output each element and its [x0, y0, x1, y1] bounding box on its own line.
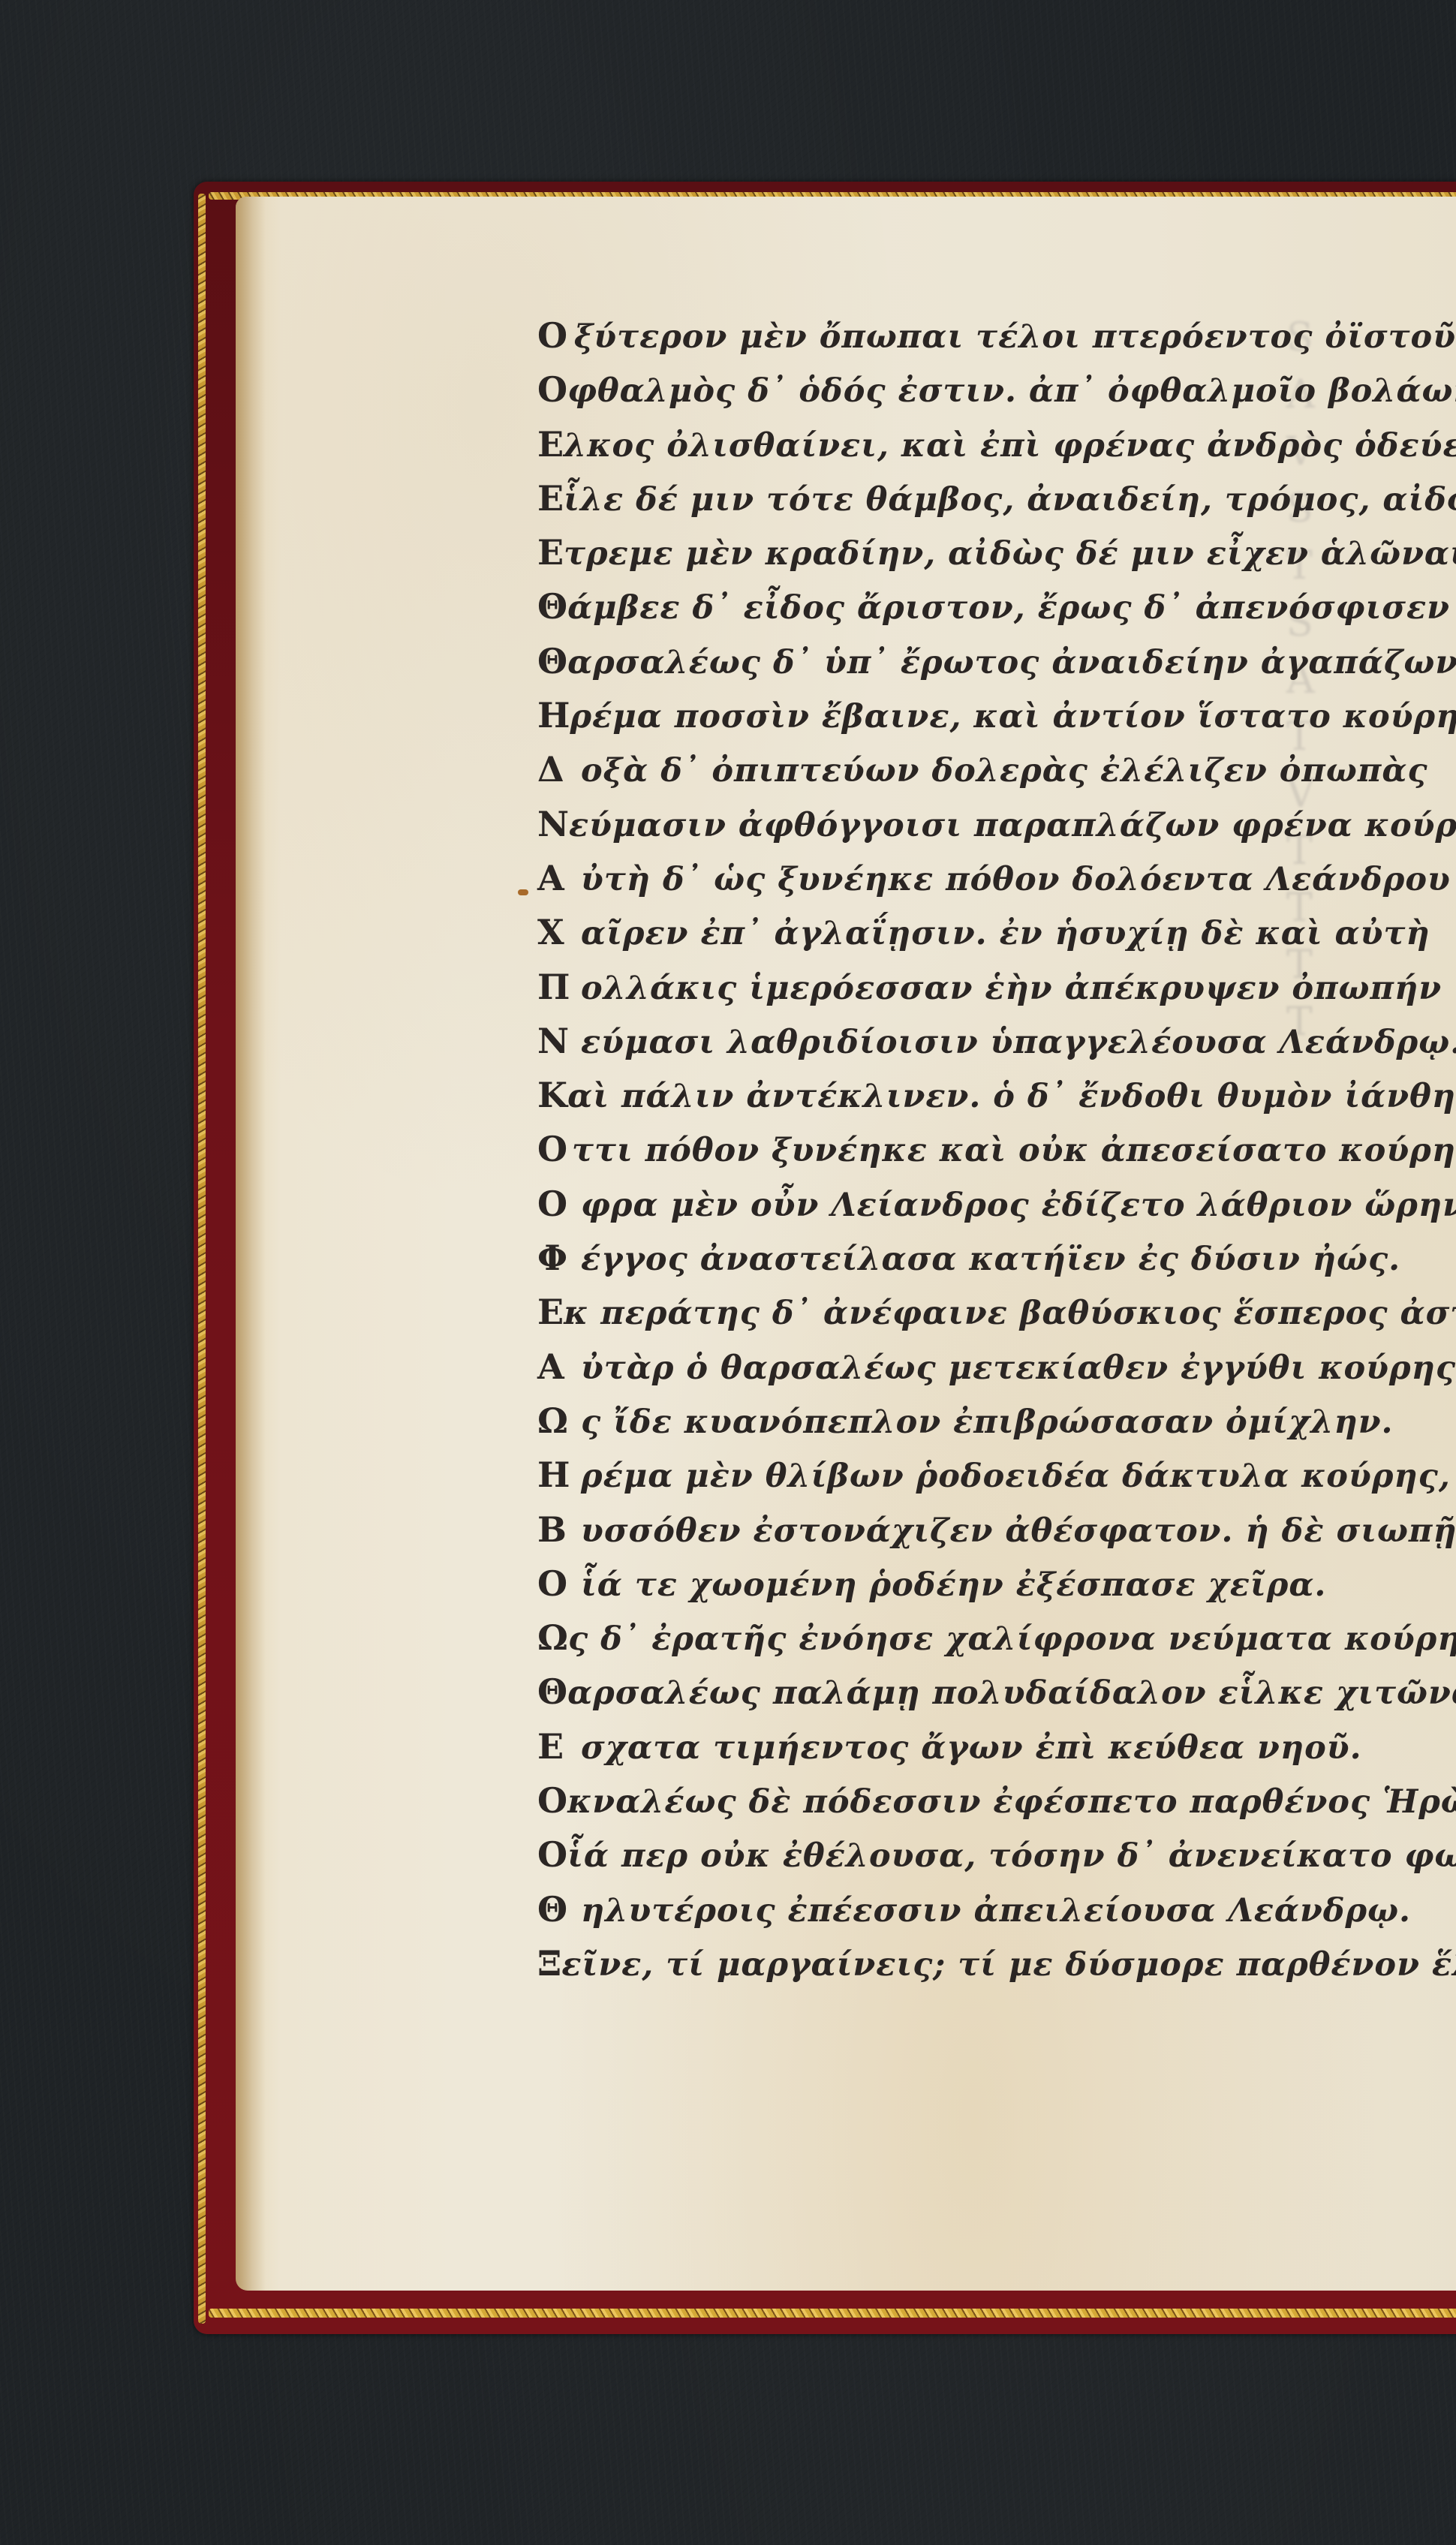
verse-initial-capital: Θ: [537, 1889, 581, 1930]
verse-line: Νεύμασιν ἀφθόγγοισι παραπλάζων φρένα κού…: [537, 804, 1456, 858]
verse-initial-capital: Ο: [537, 1780, 567, 1821]
verse-text: ολλάκις ἱμερόεσσαν ἑὴν ἀπέκρυψεν ὀπωπήν: [581, 970, 1442, 1007]
verse-line: Αὐτὰρ ὁ θαρσαλέως μετεκίαθεν ἐγγύθι κούρ…: [537, 1346, 1456, 1400]
verse-line: Οττι πόθον ξυνέηκε καὶ οὐκ ἀπεσείσατο κο…: [537, 1129, 1456, 1183]
verse-text: φρα μὲν οὖν Λείανδρος ἐδίζετο λάθριον ὥρ…: [581, 1187, 1456, 1224]
verse-line: Εκ περάτης δ᾽ ἀνέφαινε βαθύσκιος ἕσπερος…: [537, 1292, 1456, 1346]
verse-initial-capital: Ε: [537, 424, 564, 465]
verse-line: Χαῖρεν ἐπ᾽ ἀγλαΐῃσιν. ἐν ἡσυχίῃ δὲ καὶ α…: [537, 912, 1456, 966]
verse-initial-capital: Ε: [537, 478, 564, 519]
verse-initial-capital: Θ: [537, 641, 567, 681]
verse-line: Οἷά τε χωομένη ῥοδέην ἐξέσπασε χεῖρα.: [537, 1563, 1456, 1617]
verse-text: φθαλμὸς δ᾽ ὁδός ἐστιν. ἀπ᾽ ὀφθαλμοῖο βολ…: [567, 372, 1456, 410]
verse-text: αῖρεν ἐπ᾽ ἀγλαΐῃσιν. ἐν ἡσυχίῃ δὲ καὶ αὐ…: [581, 915, 1430, 952]
verse-line: Οφρα μὲν οὖν Λείανδρος ἐδίζετο λάθριον ὥ…: [537, 1184, 1456, 1238]
verse-line: Θαρσαλέως δ᾽ ὑπ᾽ ἔρωτος ἀναιδείην ἀγαπάζ…: [537, 641, 1456, 695]
verse-text: αὶ πάλιν ἀντέκλινεν. ὁ δ᾽ ἔνδοθι θυμὸν ἰ…: [567, 1078, 1456, 1115]
verse-line: Πολλάκις ἱμερόεσσαν ἑὴν ἀπέκρυψεν ὀπωπήν: [537, 967, 1456, 1021]
verse-line: Ηρέμα μὲν θλίβων ῥοδοειδέα δάκτυλα κούρη…: [537, 1455, 1456, 1509]
verse-line: Ως δ᾽ ἐρατῆς ἐνόησε χαλίφρονα νεύματα κο…: [537, 1617, 1456, 1671]
verse-line: Θάμβεε δ᾽ εἶδος ἄριστον, ἔρως δ᾽ ἀπενόσφ…: [537, 586, 1456, 640]
verse-initial-capital: Θ: [537, 586, 567, 627]
verse-initial-capital: Ε: [537, 1726, 581, 1767]
verse-line: Ετρεμε μὲν κραδίην, αἰδὼς δέ μιν εἶχεν ἁ…: [537, 532, 1456, 586]
verse-initial-capital: Α: [537, 1346, 581, 1387]
verse-text: ξύτερον μὲν ὄπωπαι τέλοι πτερόεντος ὀϊστ…: [574, 318, 1456, 356]
verse-line: Οἷά περ οὐκ ἐθέλουσα, τόσην δ᾽ ἀνενείκατ…: [537, 1834, 1456, 1888]
verse-text: αρσαλέως δ᾽ ὑπ᾽ ἔρωτος ἀναιδείην ἀγαπάζω…: [567, 644, 1456, 681]
verse-line: Οφθαλμὸς δ᾽ ὁδός ἐστιν. ἀπ᾽ ὀφθαλμοῖο βο…: [537, 369, 1456, 423]
verse-text: κναλέως δὲ πόδεσσιν ἐφέσπετο παρθένος Ἡρ…: [567, 1783, 1456, 1821]
verse-initial-capital: Ε: [537, 1292, 564, 1332]
verse-line: Καὶ πάλιν ἀντέκλινεν. ὁ δ᾽ ἔνδοθι θυμὸν …: [537, 1075, 1456, 1129]
verse-line: Ηρέμα ποσσὶν ἔβαινε, καὶ ἀντίον ἵστατο κ…: [537, 695, 1456, 749]
verse-text: λκος ὀλισθαίνει, καὶ ἐπὶ φρένας ἀνδρὸς ὁ…: [564, 427, 1456, 465]
verse-line: Αὐτὴ δ᾽ ὡς ξυνέηκε πόθον δολόεντα Λεάνδρ…: [537, 858, 1456, 912]
verse-line: Δοξὰ δ᾽ ὀπιπτεύων δολερὰς ἐλέλιζεν ὀπωπὰ…: [537, 749, 1456, 803]
verse-text: ς δ᾽ ἐρατῆς ἐνόησε χαλίφρονα νεύματα κού…: [568, 1620, 1456, 1658]
verse-line: Ξεῖνε, τί μαργαίνεις; τί με δύσμορε παρθ…: [537, 1943, 1456, 1997]
verse-initial-capital: Ν: [537, 804, 569, 844]
verse-initial-capital: Ο: [537, 369, 567, 410]
verse-initial-capital: Χ: [537, 912, 581, 952]
verse-initial-capital: Ξ: [537, 1943, 561, 1984]
verse-text: εύμασιν ἀφθόγγοισι παραπλάζων φρένα κούρ…: [569, 807, 1456, 844]
verse-line: Ως ἴδε κυανόπεπλον ἐπιβρώσασαν ὀμίχλην.: [537, 1400, 1456, 1455]
verse-text: κ περάτης δ᾽ ἀνέφαινε βαθύσκιος ἕσπερος …: [564, 1295, 1456, 1332]
verse-initial-capital: Α: [537, 858, 581, 898]
verse-text: ττι πόθον ξυνέηκε καὶ οὐκ ἀπεσείσατο κού…: [572, 1132, 1456, 1169]
verse-text: ἷά τε χωομένη ῥοδέην ἐξέσπασε χεῖρα.: [581, 1566, 1326, 1604]
verse-initial-capital: Η: [537, 695, 570, 736]
verse-initial-capital: Ο: [537, 315, 574, 356]
verse-initial-capital: Κ: [537, 1075, 567, 1115]
verse-line: Θαρσαλέως παλάμῃ πολυδαίδαλον εἷλκε χιτῶ…: [537, 1671, 1456, 1725]
greek-verse-block: Οξύτερον μὲν ὄπωπαι τέλοι πτερόεντος ὀϊσ…: [537, 315, 1456, 1997]
verse-text: ἷά περ οὐκ ἐθέλουσα, τόσην δ᾽ ἀνενείκατο…: [567, 1837, 1456, 1875]
verse-text: ρέμα ποσσὶν ἔβαινε, καὶ ἀντίον ἵστατο κο…: [570, 698, 1456, 736]
verse-line: Βυσσόθεν ἐστονάχιζεν ἀθέσφατον. ἡ δὲ σιω…: [537, 1509, 1456, 1563]
verse-line: Θηλυτέροις ἐπέεσσιν ἀπειλείουσα Λεάνδρῳ.: [537, 1889, 1456, 1943]
book-page: S A V S T S A T V T T T T Οξύτερον μὲν ὄ…: [236, 197, 1456, 2291]
verse-initial-capital: Ε: [537, 532, 564, 573]
verse-initial-capital: Ο: [537, 1563, 581, 1604]
gilt-rope-border-left: [198, 194, 206, 2324]
verse-line: Ελκος ὀλισθαίνει, καὶ ἐπὶ φρένας ἀνδρὸς …: [537, 424, 1456, 478]
verse-text: εύμασι λαθριδίοισιν ὑπαγγελέουσα Λεάνδρῳ…: [581, 1024, 1456, 1061]
verse-line: Νεύμασι λαθριδίοισιν ὑπαγγελέουσα Λεάνδρ…: [537, 1021, 1456, 1075]
verse-text: ς ἴδε κυανόπεπλον ἐπιβρώσασαν ὀμίχλην.: [581, 1403, 1394, 1441]
verse-text: ηλυτέροις ἐπέεσσιν ἀπειλείουσα Λεάνδρῳ.: [581, 1892, 1411, 1930]
verse-initial-capital: Ο: [537, 1184, 581, 1224]
verse-initial-capital: Θ: [537, 1671, 567, 1712]
verse-line: Φέγγος ἀναστείλασα κατήϊεν ἐς δύσιν ἠώς.: [537, 1238, 1456, 1292]
verse-initial-capital: Η: [537, 1455, 581, 1495]
verse-text: υσσόθεν ἐστονάχιζεν ἀθέσφατον. ἡ δὲ σιωπ…: [581, 1512, 1456, 1550]
verse-initial-capital: Β: [537, 1509, 581, 1550]
verse-line: Οξύτερον μὲν ὄπωπαι τέλοι πτερόεντος ὀϊσ…: [537, 315, 1456, 369]
verse-text: έγγος ἀναστείλασα κατήϊεν ἐς δύσιν ἠώς.: [581, 1241, 1400, 1278]
verse-initial-capital: Φ: [537, 1238, 581, 1278]
verse-text: ρέμα μὲν θλίβων ῥοδοειδέα δάκτυλα κούρης…: [581, 1458, 1451, 1495]
verse-initial-capital: Ω: [537, 1617, 568, 1658]
verse-text: οξὰ δ᾽ ὀπιπτεύων δολερὰς ἐλέλιζεν ὀπωπὰς: [581, 752, 1428, 790]
verse-initial-capital: Ω: [537, 1400, 581, 1441]
verse-text: άμβεε δ᾽ εἶδος ἄριστον, ἔρως δ᾽ ἀπενόσφι…: [567, 589, 1456, 627]
verse-text: ὐτὴ δ᾽ ὡς ξυνέηκε πόθον δολόεντα Λεάνδρο…: [581, 861, 1451, 898]
verse-initial-capital: Π: [537, 967, 581, 1007]
verse-text: τρεμε μὲν κραδίην, αἰδὼς δέ μιν εἶχεν ἁλ…: [564, 535, 1456, 573]
verse-initial-capital: Δ: [537, 749, 581, 790]
verse-initial-capital: Ο: [537, 1129, 572, 1169]
verse-text: ὐτὰρ ὁ θαρσαλέως μετεκίαθεν ἐγγύθι κούρη…: [581, 1349, 1456, 1387]
verse-initial-capital: Ν: [537, 1021, 581, 1061]
verse-line: Εσχατα τιμήεντος ἄγων ἐπὶ κεύθεα νηοῦ.: [537, 1726, 1456, 1780]
verse-initial-capital: Ο: [537, 1834, 567, 1875]
margin-stain-mark: [518, 889, 528, 895]
verse-text: ἷλε δέ μιν τότε θάμβος, ἀναιδείη, τρόμος…: [564, 481, 1456, 519]
verse-text: εῖνε, τί μαργαίνεις; τί με δύσμορε παρθέ…: [561, 1946, 1456, 1984]
verse-text: αρσαλέως παλάμῃ πολυδαίδαλον εἷλκε χιτῶν…: [567, 1674, 1456, 1712]
verse-text: σχατα τιμήεντος ἄγων ἐπὶ κεύθεα νηοῦ.: [581, 1729, 1362, 1767]
verse-line: Εἷλε δέ μιν τότε θάμβος, ἀναιδείη, τρόμο…: [537, 478, 1456, 532]
verse-line: Οκναλέως δὲ πόδεσσιν ἐφέσπετο παρθένος Ἡ…: [537, 1780, 1456, 1834]
